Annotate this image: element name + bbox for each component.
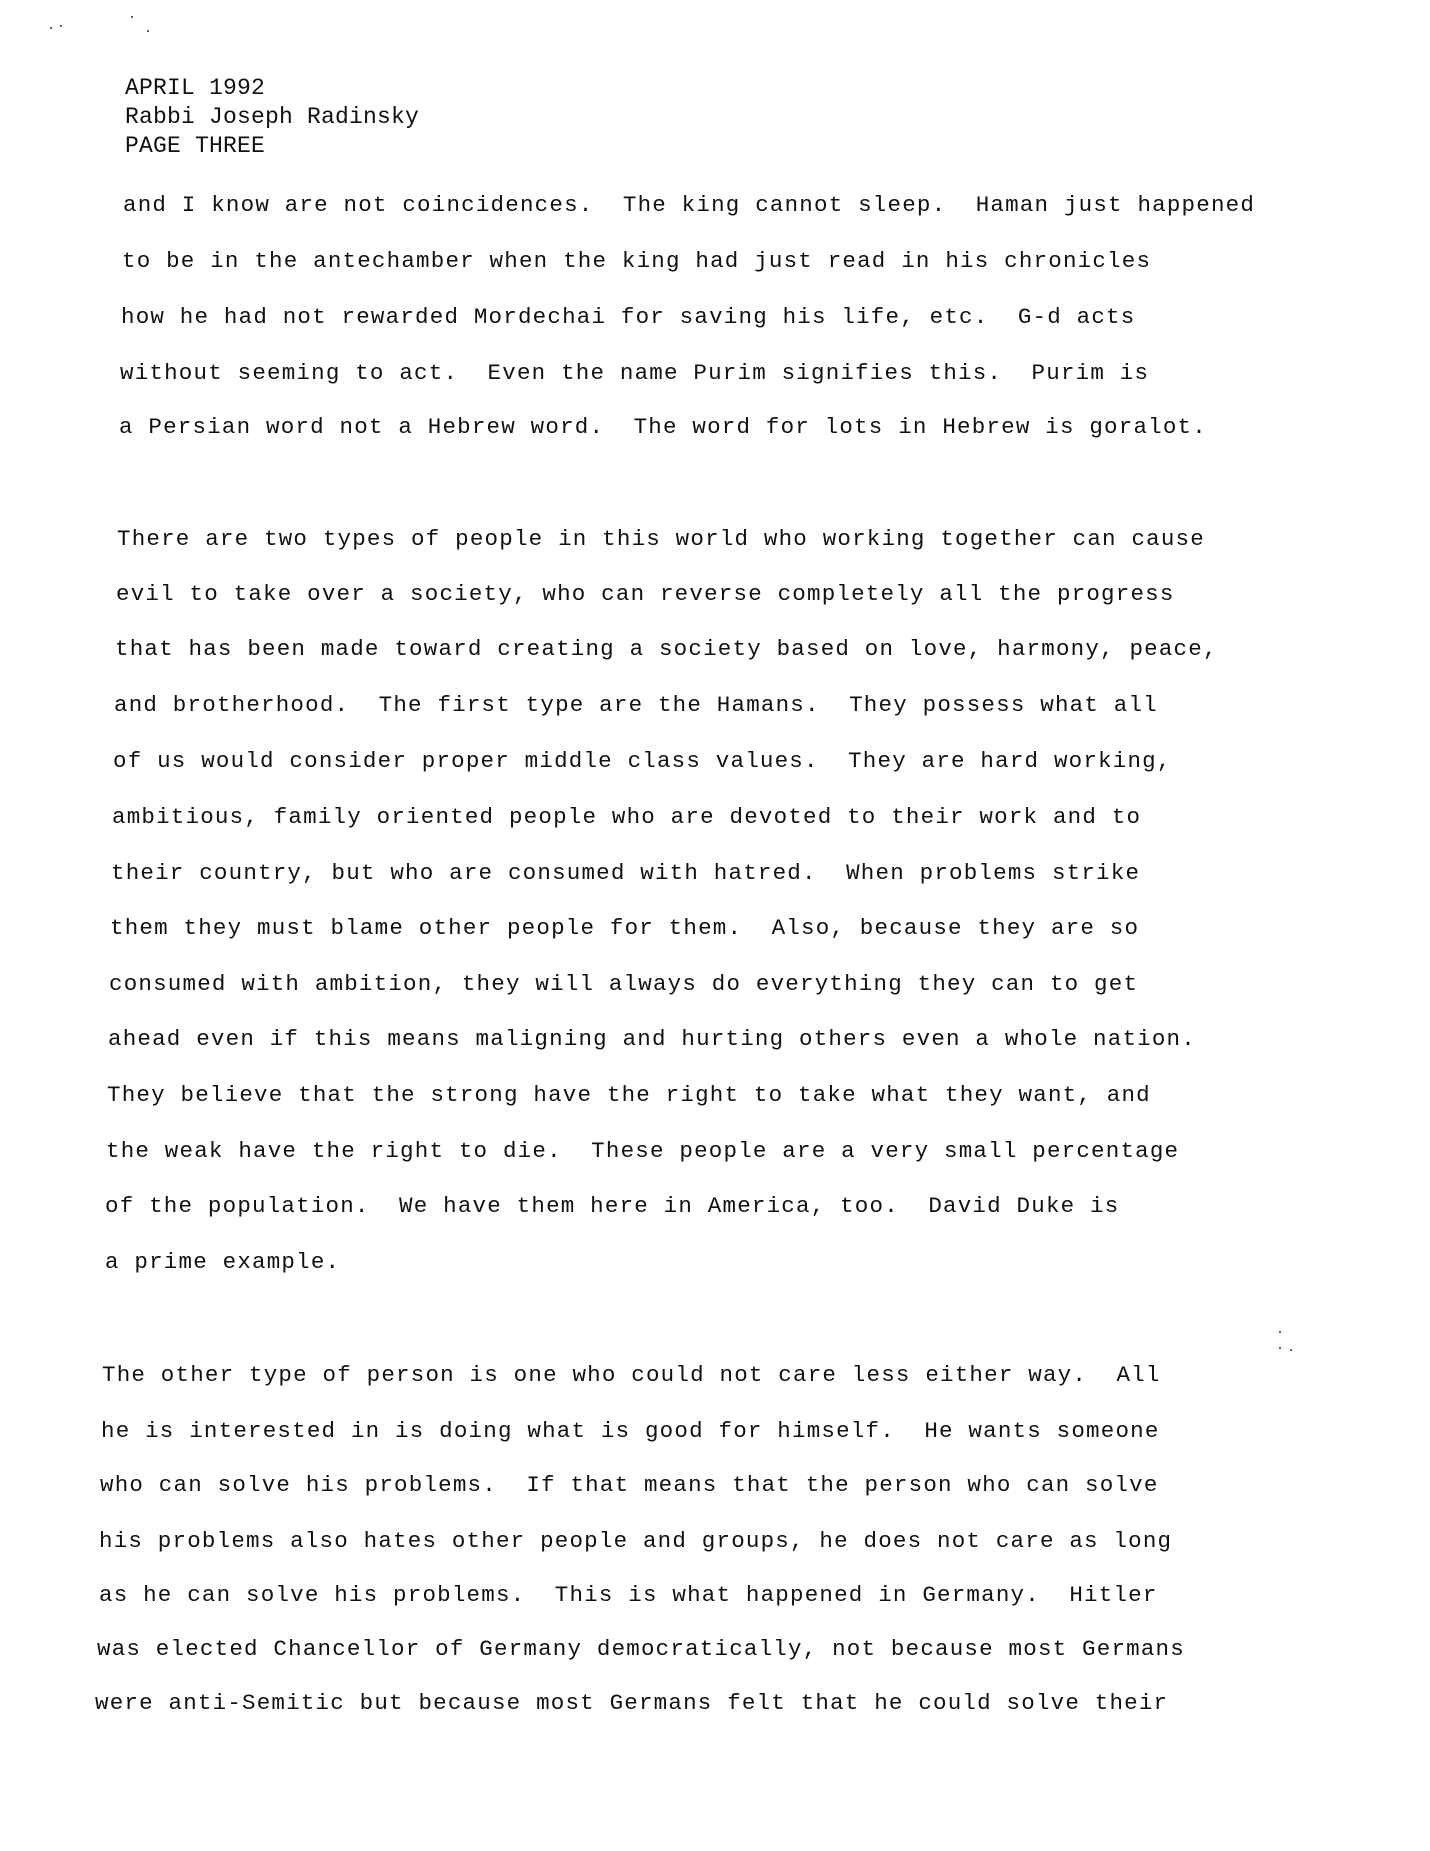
header-page-label: PAGE THREE — [125, 132, 419, 161]
text-line: a prime example. — [105, 1249, 340, 1275]
document-header: APRIL 1992 Rabbi Joseph Radinsky PAGE TH… — [125, 74, 419, 161]
text-line: as he can solve his problems. This is wh… — [99, 1582, 1158, 1608]
text-line: to be in the antechamber when the king h… — [122, 248, 1151, 274]
scan-speck — [131, 16, 133, 18]
text-line: ahead even if this means maligning and h… — [108, 1026, 1196, 1052]
text-line: of us would consider proper middle class… — [113, 748, 1172, 774]
text-line: The other type of person is one who coul… — [102, 1362, 1161, 1388]
scan-speck — [60, 25, 62, 27]
text-line: was elected Chancellor of Germany democr… — [97, 1636, 1185, 1662]
text-line: consumed with ambition, they will always… — [109, 971, 1138, 997]
text-line: a Persian word not a Hebrew word. The wo… — [119, 414, 1207, 440]
document-page: APRIL 1992 Rabbi Joseph Radinsky PAGE TH… — [0, 0, 1430, 1851]
text-line: without seeming to act. Even the name Pu… — [120, 360, 1149, 386]
text-line: how he had not rewarded Mordechai for sa… — [121, 304, 1135, 330]
text-line: their country, but who are consumed with… — [111, 860, 1140, 886]
text-line: There are two types of people in this wo… — [117, 526, 1205, 552]
paragraph-3: The other type of person is one who coul… — [0, 0, 59, 234]
text-line: his problems also hates other people and… — [99, 1528, 1172, 1554]
text-line: ambitious, family oriented people who ar… — [112, 804, 1141, 830]
scan-speck — [147, 30, 149, 32]
header-author: Rabbi Joseph Radinsky — [125, 103, 419, 132]
scan-speck — [1290, 1349, 1292, 1351]
text-line: that has been made toward creating a soc… — [115, 636, 1218, 662]
text-line: and brotherhood. The first type are the … — [114, 692, 1158, 718]
scan-speck — [1279, 1347, 1281, 1349]
text-line: of the population. We have them here in … — [105, 1193, 1119, 1219]
text-line: They believe that the strong have the ri… — [107, 1082, 1151, 1108]
text-line: he is interested in is doing what is goo… — [101, 1418, 1160, 1444]
text-line: were anti-Semitic but because most Germa… — [95, 1690, 1168, 1716]
text-line: and I know are not coincidences. The kin… — [123, 192, 1255, 218]
text-line: who can solve his problems. If that mean… — [100, 1472, 1159, 1498]
text-line: the weak have the right to die. These pe… — [106, 1138, 1179, 1164]
header-date: APRIL 1992 — [125, 74, 419, 103]
text-line: evil to take over a society, who can rev… — [116, 581, 1175, 607]
scan-speck — [1279, 1331, 1281, 1333]
text-line: them they must blame other people for th… — [110, 915, 1139, 941]
